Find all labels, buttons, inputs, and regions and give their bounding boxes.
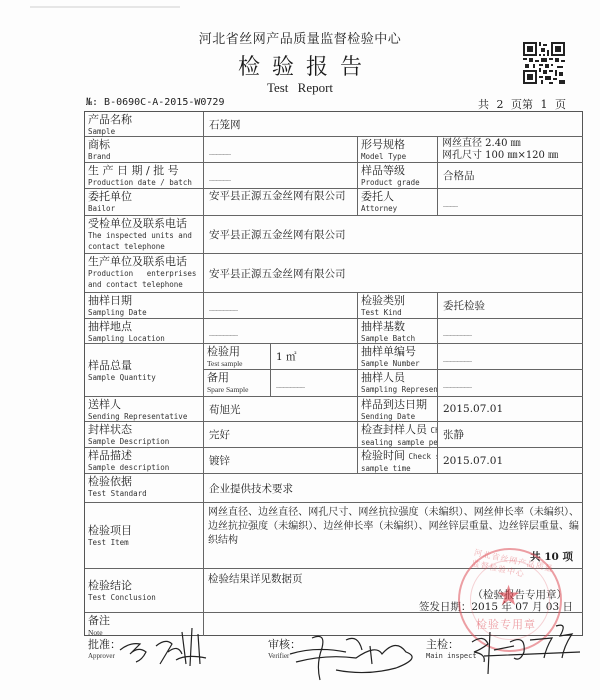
- label-en: Brand: [88, 151, 203, 162]
- label-en: Production enterprises: [88, 268, 203, 279]
- label-sample-batch: 抽样基数 Sample Batch: [358, 319, 438, 344]
- signature-row: 批准： Approver 审核： Verifier 主检： Main inspe…: [86, 638, 586, 688]
- report-subtitle: Test Report: [0, 80, 600, 96]
- value-sampling-location: ________: [204, 319, 358, 344]
- label-en: Production date / batch: [88, 177, 203, 188]
- label-en: Sampling Representative: [361, 384, 437, 395]
- label-check-time: 检验时间 Check sealing sample time: [358, 448, 438, 474]
- organization-name: 河北省丝网产品质量监督检验中心: [0, 28, 600, 47]
- label-test-standard: 检验依据 Test Standard: [85, 474, 204, 503]
- label-conclusion: 检验结论 Test Conclusion: [85, 569, 204, 613]
- scan-shadow: [30, 6, 180, 8]
- label-cn: 样品总量: [88, 359, 203, 372]
- value-sending-date: 2015.07.01: [438, 397, 583, 422]
- label-attorney: 委托人 Attorney: [358, 189, 438, 216]
- value-sample-number: ________: [438, 344, 583, 370]
- label-cn: 检验时间: [361, 449, 405, 462]
- label-en: Sending Representative: [88, 411, 203, 422]
- label-en: and contact telephone: [88, 279, 203, 290]
- value-production-unit: 安平县正源五金丝网有限公司: [204, 254, 583, 293]
- label-test-sample: 检验用 Test sample: [204, 344, 271, 370]
- value-brand: ______: [204, 137, 358, 163]
- label-en: Test Kind: [361, 307, 437, 318]
- label-cn: 商标: [88, 138, 203, 151]
- label-en: Sample Batch: [361, 333, 437, 344]
- label-check-personnel: 检查封样人员 Check sealing sample personnel: [358, 422, 438, 448]
- label-en: sealing sample personnel: [361, 437, 437, 448]
- value-test-sample: 1 ㎡: [271, 344, 358, 370]
- label-cn: 生 产 日 期 / 批 号: [88, 164, 203, 177]
- report-number: №: B-0690C-A-2015-W0729: [86, 97, 224, 108]
- label-cn: 送样人: [88, 398, 203, 411]
- label-test-item: 检验项目 Test Item: [85, 503, 204, 569]
- verifier-signature: [286, 624, 426, 688]
- value-test-kind: 委托检验: [438, 293, 583, 319]
- label-cn: 检查封样人员: [361, 423, 427, 436]
- label-sending-date: 样品到达日期 Sending Date: [358, 397, 438, 422]
- label-sample-description: 样品描述 Sample description: [85, 448, 204, 474]
- label-production-date: 生 产 日 期 / 批 号 Production date / batch: [85, 163, 204, 189]
- value-production-date: ______: [204, 163, 358, 189]
- test-item-list: 网丝直径、边丝直径、网孔尺寸、网丝抗拉强度（未编织）、网丝伸长率（未编织）、边丝…: [204, 503, 583, 548]
- value-sampling-rep: ________: [438, 370, 583, 397]
- value-test-standard: 企业提供技术要求: [204, 474, 583, 503]
- label-sample-quantity: 样品总量 Sample Quantity: [85, 344, 204, 397]
- label-cn: 检验用: [207, 345, 270, 358]
- label-sample-number: 抽样单编号 Sample Number: [358, 344, 438, 370]
- label-spare-sample: 备用 Spare Sample: [204, 370, 271, 397]
- label-en: sample time: [361, 463, 437, 474]
- value-seal-status: 完好: [204, 422, 358, 448]
- label-cn: 委托人: [361, 190, 437, 203]
- label-en: Test sample: [207, 358, 270, 369]
- label-cn: 检验结论: [88, 579, 203, 592]
- label-sampling-rep: 抽样人员 Sampling Representative: [358, 370, 438, 397]
- label-cn: 委托单位: [88, 190, 203, 203]
- label-en: Sample description: [88, 462, 203, 473]
- label-cn: 备用: [207, 371, 270, 384]
- label-brand: 商标 Brand: [85, 137, 204, 163]
- value-sample-description: 镀锌: [204, 448, 358, 474]
- value-attorney: ____: [438, 189, 583, 216]
- page-count: 共 2 页第 1 页: [478, 96, 566, 112]
- label-en: Test Item: [88, 537, 203, 548]
- model-mesh-size: 网孔尺寸 100 ㎜×120 ㎜: [442, 150, 583, 162]
- value-check-time: 2015.07.01: [438, 448, 583, 474]
- label-bailor: 委托单位 Bailor: [85, 189, 204, 216]
- label-seal-status: 封样状态 Sample Description: [85, 422, 204, 448]
- label-cn: 受检单位及联系电话: [88, 217, 203, 230]
- label-cn: 封样状态: [88, 423, 203, 436]
- label-cn: 检验依据: [88, 475, 203, 488]
- label-en: The inspected units and: [88, 230, 203, 241]
- label-en-inline: Check sealing: [409, 452, 439, 461]
- value-check-personnel: 张静: [438, 422, 583, 448]
- star-icon: ★: [496, 582, 521, 610]
- label-en: Sample: [88, 126, 203, 137]
- label-en: Attorney: [361, 203, 437, 214]
- label-inspected-unit: 受检单位及联系电话 The inspected units and contac…: [85, 216, 204, 254]
- label-cn: 抽样基数: [361, 320, 437, 333]
- approver-signature: [116, 624, 226, 674]
- label-production-unit: 生产单位及联系电话 Production enterprises and con…: [85, 254, 204, 293]
- label-cn: 形号规格: [361, 138, 437, 151]
- label-en: Sampling Location: [88, 333, 203, 344]
- label-sample: 产品名称 Sample: [85, 112, 204, 137]
- value-sampling-date: ________: [204, 293, 358, 319]
- value-spare-sample: ________: [271, 370, 358, 397]
- label-grade: 样品等级 Product grade: [358, 163, 438, 189]
- label-cn: 检验类别: [361, 294, 437, 307]
- label-en: Sample Description: [88, 436, 203, 447]
- value-sample: 石笼网: [204, 112, 583, 137]
- label-cn: 检验项目: [88, 524, 203, 537]
- qr-code-icon: [522, 42, 566, 84]
- main-inspector-signature: [464, 612, 584, 682]
- label-en: Test Standard: [88, 488, 203, 499]
- label-cn: 抽样地点: [88, 320, 203, 333]
- label-sending-rep: 送样人 Sending Representative: [85, 397, 204, 422]
- label-en: contact telephone: [88, 241, 203, 252]
- value-sending-rep: 荀旭光: [204, 397, 358, 422]
- label-en: Spare Sample: [207, 384, 270, 395]
- report-title: 检验报告: [0, 50, 600, 81]
- label-en: Sample Quantity: [88, 372, 203, 383]
- label-test-kind: 检验类别 Test Kind: [358, 293, 438, 319]
- label-model: 形号规格 Model Type: [358, 137, 438, 163]
- label-en-inline: Check: [431, 426, 439, 435]
- label-en: Product grade: [361, 177, 437, 188]
- value-model: 网丝直径 2.40 ㎜ 网孔尺寸 100 ㎜×120 ㎜: [438, 137, 583, 163]
- test-report-page: 河北省丝网产品质量监督检验中心 检验报告 Test Report №: B-06…: [0, 0, 600, 700]
- value-grade: 合格品: [438, 163, 583, 189]
- value-bailor: 安平县正源五金丝网有限公司: [204, 189, 358, 216]
- label-cn: 抽样单编号: [361, 345, 437, 358]
- label-en: Bailor: [88, 203, 203, 214]
- value-inspected-unit: 安平县正源五金丝网有限公司: [204, 216, 583, 254]
- label-cn: 抽样人员: [361, 371, 437, 384]
- label-cn: 生产单位及联系电话: [88, 255, 203, 268]
- label-sampling-location: 抽样地点 Sampling Location: [85, 319, 204, 344]
- label-en: Sample Number: [361, 358, 437, 369]
- label-cn: 产品名称: [88, 113, 203, 126]
- label-cn: 样品等级: [361, 164, 437, 177]
- label-en: Sending Date: [361, 411, 437, 422]
- value-sample-batch: ________: [438, 319, 583, 344]
- label-en: Test Conclusion: [88, 592, 203, 603]
- label-cn: 样品描述: [88, 449, 203, 462]
- label-cn: 抽样日期: [88, 294, 203, 307]
- model-wire-diameter: 网丝直径 2.40 ㎜: [442, 138, 583, 150]
- label-cn: 样品到达日期: [361, 398, 437, 411]
- label-en: Model Type: [361, 151, 437, 162]
- label-en: Sampling Date: [88, 307, 203, 318]
- label-sampling-date: 抽样日期 Sampling Date: [85, 293, 204, 319]
